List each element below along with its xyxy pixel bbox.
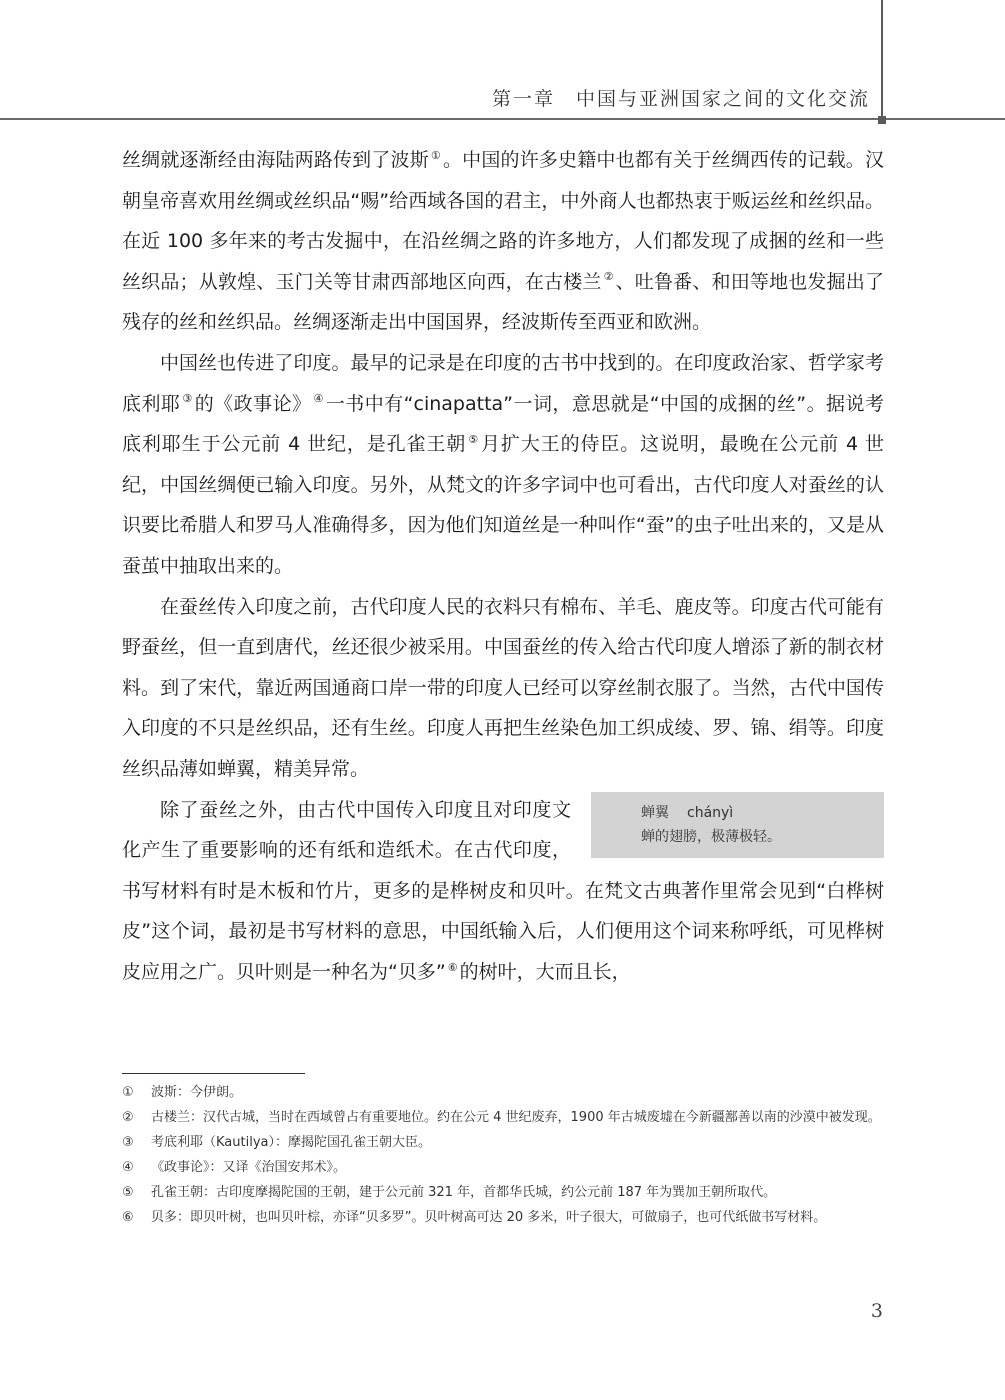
footnote-number: ⑥ <box>122 1207 151 1229</box>
paragraph: 蝉翼chányì蝉的翅膀，极薄极轻。除了蚕丝之外，由古代中国传入印度且对印度文化… <box>122 790 884 993</box>
footnote-reference[interactable]: ② <box>604 270 614 283</box>
footnote: ①波斯：今伊朗。 <box>122 1082 884 1104</box>
footnote-reference[interactable]: ⑥ <box>448 961 458 974</box>
footnote-text: 孔雀王朝：古印度摩揭陀国的王朝，建于公元前 321 年，首都华氏城，约公元前 1… <box>151 1182 884 1204</box>
footnote-text: 古楼兰：汉代古城，当时在西域曾占有重要地位。约在公元 4 世纪废弃，1900 年… <box>151 1107 884 1129</box>
paragraph: 在蚕丝传入印度之前，古代印度人民的衣料只有棉布、羊毛、鹿皮等。印度古代可能有野蚕… <box>122 587 884 790</box>
footnote-rule <box>122 1073 305 1074</box>
footnote-number: ② <box>122 1107 151 1129</box>
crop-mark-vertical <box>881 0 883 120</box>
footnote-text: 《政事论》：又译《治国安邦术》。 <box>151 1157 884 1179</box>
footnote-number: ① <box>122 1082 151 1104</box>
footnote-number: ⑤ <box>122 1182 151 1204</box>
running-head: 第一章 中国与亚洲国家之间的文化交流 <box>492 84 870 111</box>
footnotes: ①波斯：今伊朗。②古楼兰：汉代古城，当时在西域曾占有重要地位。约在公元 4 世纪… <box>122 1082 884 1232</box>
gloss-term-line: 蝉翼chányì <box>603 801 872 825</box>
paragraph: 丝绸就逐渐经由海陆两路传到了波斯①。中国的许多史籍中也都有关于丝绸西传的记载。汉… <box>122 140 884 343</box>
paragraph: 中国丝也传进了印度。最早的记录是在印度的古书中找到的。在印度政治家、哲学家考底利… <box>122 343 884 587</box>
footnote: ③考底利耶（Kautilya）：摩揭陀国孔雀王朝大臣。 <box>122 1132 884 1154</box>
footnote-reference[interactable]: ⑤ <box>468 433 479 446</box>
footnote-reference[interactable]: ① <box>431 149 441 162</box>
footnote: ④《政事论》：又译《治国安邦术》。 <box>122 1157 884 1179</box>
header-rule <box>0 118 1005 120</box>
footnote-reference[interactable]: ③ <box>182 392 192 405</box>
gloss-box: 蝉翼chányì蝉的翅膀，极薄极轻。 <box>591 792 884 858</box>
crop-mark-corner <box>878 116 886 124</box>
footnote-number: ④ <box>122 1157 151 1179</box>
gloss-term: 蝉翼 <box>641 805 669 821</box>
footnote-text: 波斯：今伊朗。 <box>151 1082 884 1104</box>
footnote: ②古楼兰：汉代古城，当时在西域曾占有重要地位。约在公元 4 世纪废弃，1900 … <box>122 1107 884 1129</box>
body-text: 丝绸就逐渐经由海陆两路传到了波斯①。中国的许多史籍中也都有关于丝绸西传的记载。汉… <box>122 140 884 992</box>
footnote: ⑥贝多：即贝叶树，也叫贝叶棕，亦译“贝多罗”。贝叶树高可达 20 多米，叶子很大… <box>122 1207 884 1229</box>
footnote-text: 考底利耶（Kautilya）：摩揭陀国孔雀王朝大臣。 <box>151 1132 884 1154</box>
footnote-number: ③ <box>122 1132 151 1154</box>
gloss-definition: 蝉的翅膀，极薄极轻。 <box>603 825 872 849</box>
footnote-reference[interactable]: ④ <box>314 392 324 405</box>
page-number: 3 <box>871 1300 883 1322</box>
footnote: ⑤孔雀王朝：古印度摩揭陀国的王朝，建于公元前 321 年，首都华氏城，约公元前 … <box>122 1182 884 1204</box>
gloss-pinyin: chányì <box>687 805 733 821</box>
footnote-text: 贝多：即贝叶树，也叫贝叶棕，亦译“贝多罗”。贝叶树高可达 20 多米，叶子很大，… <box>151 1207 884 1229</box>
